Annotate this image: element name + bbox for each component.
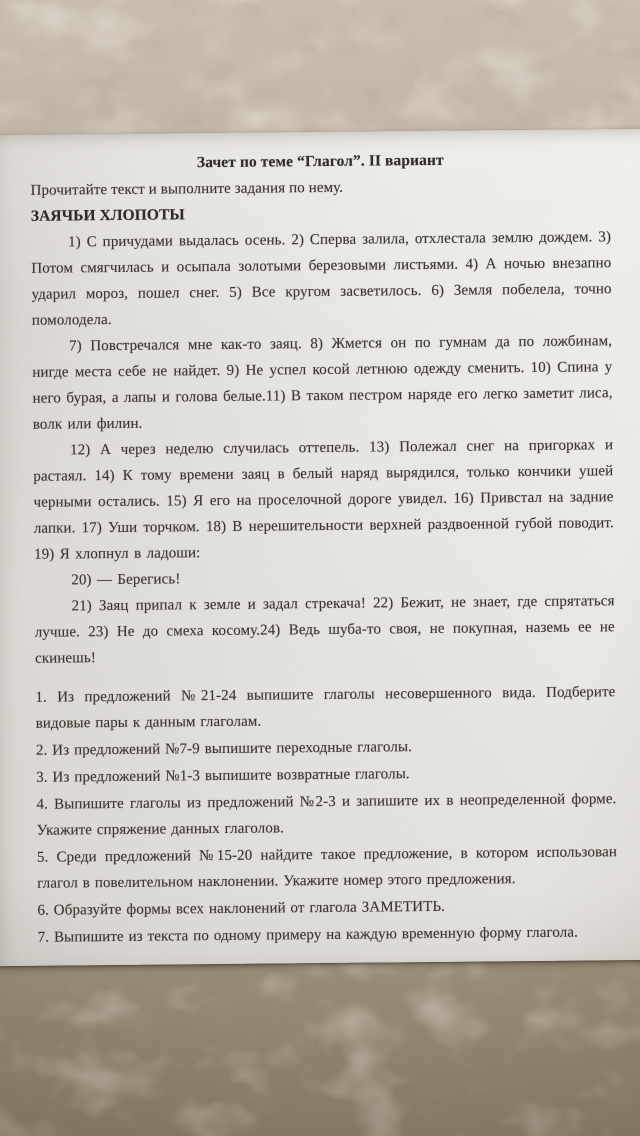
test-paper: Зачет по теме “Глагол”. II вариант Прочи… — [0, 129, 640, 966]
task-item-2: 2. Из предложений №7-9 выпишите переходн… — [36, 732, 616, 764]
story-paragraph-1: 1) С причудами выдалась осень. 2) Сперва… — [31, 224, 612, 334]
task-item-5: 5. Среди предложений №15-20 найдите тако… — [37, 839, 617, 897]
task-item-3: 3. Из предложений №1-3 выпишите возвратн… — [36, 759, 616, 791]
tasks-list: 1. Из предложений №21-24 выпишите глагол… — [35, 679, 618, 951]
story-paragraph-2: 7) Повстречался мне как-то заяц. 8) Жмет… — [32, 328, 613, 438]
story-paragraph-3: 12) А через неделю случилась оттепель. 1… — [33, 432, 614, 568]
photo-scene: Зачет по теме “Глагол”. II вариант Прочи… — [0, 0, 640, 1136]
task-item-1: 1. Из предложений №21-24 выпишите глагол… — [35, 679, 615, 737]
story-paragraph-5: 21) Заяц припал к земле и задал стрекача… — [34, 588, 615, 672]
task-item-7: 7. Выпишите из текста по одному примеру … — [38, 919, 618, 951]
task-item-4: 4. Выпишите глаголы из предложений №2-3 … — [36, 786, 616, 844]
paper-content: Зачет по теме “Глагол”. II вариант Прочи… — [30, 146, 618, 952]
